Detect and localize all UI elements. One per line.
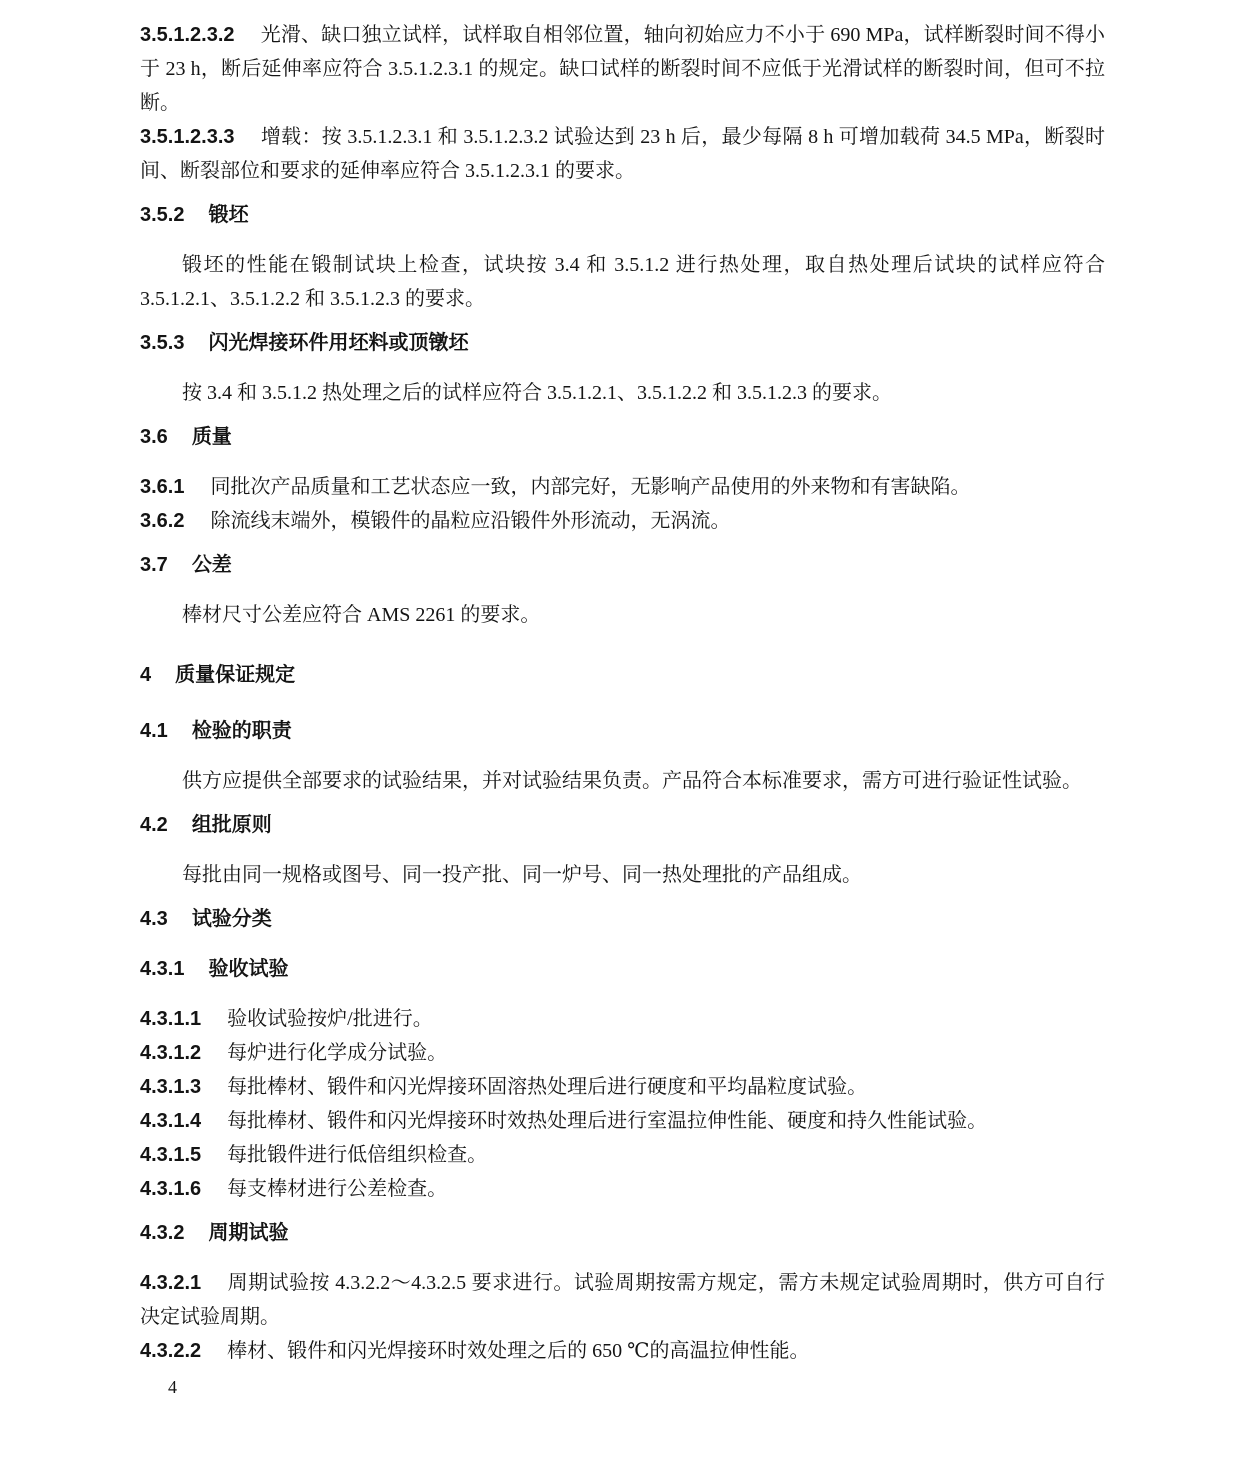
- clause-number: 4.3.1.1: [140, 1008, 201, 1030]
- heading-title: 检验的职责: [192, 720, 292, 742]
- heading-title: 周期试验: [208, 1222, 288, 1244]
- heading-title: 质量: [192, 426, 232, 448]
- heading-number: 4.3.1: [140, 958, 184, 980]
- heading-number: 3.7: [140, 554, 168, 576]
- clause-number: 4.3.1.6: [140, 1178, 201, 1200]
- heading-4: 4质量保证规定: [140, 658, 1105, 692]
- clause-4-3-1-6: 4.3.1.6每支棒材进行公差检查。: [140, 1172, 1105, 1206]
- clause-text: 除流线末端外，模锻件的晶粒应沿锻件外形流动，无涡流。: [210, 510, 730, 532]
- heading-4-3: 4.3试验分类: [140, 902, 1105, 936]
- clause-text: 每炉进行化学成分试验。: [227, 1042, 447, 1064]
- heading-title: 锻坯: [208, 204, 248, 226]
- clause-number: 4.3.1.4: [140, 1110, 201, 1132]
- clause-4-3-1-2: 4.3.1.2每炉进行化学成分试验。: [140, 1036, 1105, 1070]
- clause-text: 每批锻件进行低倍组织检查。: [227, 1144, 487, 1166]
- page-number: 4: [140, 1372, 1105, 1402]
- heading-title: 闪光焊接环件用坯料或顶镦坯: [208, 332, 468, 354]
- heading-number: 4.3.2: [140, 1222, 184, 1244]
- heading-number: 4.1: [140, 720, 168, 742]
- heading-4-3-2: 4.3.2周期试验: [140, 1216, 1105, 1250]
- clause-text: 棒材、锻件和闪光焊接环时效处理之后的 650 ℃的高温拉伸性能。: [227, 1340, 809, 1362]
- heading-4-1: 4.1检验的职责: [140, 714, 1105, 748]
- clause-3-6-1: 3.6.1同批次产品质量和工艺状态应一致，内部完好，无影响产品使用的外来物和有害…: [140, 470, 1105, 504]
- heading-3-5-3: 3.5.3闪光焊接环件用坯料或顶镦坯: [140, 326, 1105, 360]
- heading-title: 试验分类: [192, 908, 272, 930]
- heading-number: 3.6: [140, 426, 168, 448]
- heading-4-2: 4.2组批原则: [140, 808, 1105, 842]
- heading-number: 3.5.3: [140, 332, 184, 354]
- clause-text: 周期试验按 4.3.2.2～4.3.2.5 要求进行。试验周期按需方规定，需方未…: [140, 1272, 1105, 1328]
- paragraph: 供方应提供全部要求的试验结果，并对试验结果负责。产品符合本标准要求，需方可进行验…: [140, 764, 1105, 798]
- clause-4-3-2-1: 4.3.2.1周期试验按 4.3.2.2～4.3.2.5 要求进行。试验周期按需…: [140, 1266, 1105, 1334]
- paragraph: 每批由同一规格或图号、同一投产批、同一炉号、同一热处理批的产品组成。: [140, 858, 1105, 892]
- clause-text: 每批棒材、锻件和闪光焊接环时效热处理后进行室温拉伸性能、硬度和持久性能试验。: [227, 1110, 987, 1132]
- clause-number: 4.3.1.5: [140, 1144, 201, 1166]
- clause-text: 光滑、缺口独立试样，试样取自相邻位置，轴向初始应力不小于 690 MPa，试样断…: [140, 24, 1105, 114]
- document-page: 3.5.1.2.3.2光滑、缺口独立试样，试样取自相邻位置，轴向初始应力不小于 …: [0, 0, 1240, 1459]
- heading-number: 4.2: [140, 814, 168, 836]
- heading-number: 3.5.2: [140, 204, 184, 226]
- heading-3-7: 3.7公差: [140, 548, 1105, 582]
- heading-title: 公差: [192, 554, 232, 576]
- clause-number: 3.5.1.2.3.2: [140, 24, 235, 46]
- clause-number: 4.3.1.2: [140, 1042, 201, 1064]
- clause-text: 增载：按 3.5.1.2.3.1 和 3.5.1.2.3.2 试验达到 23 h…: [140, 126, 1105, 182]
- clause-text: 每批棒材、锻件和闪光焊接环固溶热处理后进行硬度和平均晶粒度试验。: [227, 1076, 867, 1098]
- heading-number: 4: [140, 664, 151, 686]
- clause-3-6-2: 3.6.2除流线末端外，模锻件的晶粒应沿锻件外形流动，无涡流。: [140, 504, 1105, 538]
- clause-3-5-1-2-3-3: 3.5.1.2.3.3增载：按 3.5.1.2.3.1 和 3.5.1.2.3.…: [140, 120, 1105, 188]
- clause-4-3-1-4: 4.3.1.4每批棒材、锻件和闪光焊接环时效热处理后进行室温拉伸性能、硬度和持久…: [140, 1104, 1105, 1138]
- clause-4-3-2-2: 4.3.2.2棒材、锻件和闪光焊接环时效处理之后的 650 ℃的高温拉伸性能。: [140, 1334, 1105, 1368]
- paragraph: 锻坯的性能在锻制试块上检查，试块按 3.4 和 3.5.1.2 进行热处理，取自…: [140, 248, 1105, 316]
- paragraph: 棒材尺寸公差应符合 AMS 2261 的要求。: [140, 598, 1105, 632]
- heading-title: 组批原则: [192, 814, 272, 836]
- heading-3-6: 3.6质量: [140, 420, 1105, 454]
- clause-4-3-1-3: 4.3.1.3每批棒材、锻件和闪光焊接环固溶热处理后进行硬度和平均晶粒度试验。: [140, 1070, 1105, 1104]
- heading-title: 验收试验: [208, 958, 288, 980]
- clause-text: 验收试验按炉/批进行。: [227, 1008, 433, 1030]
- heading-3-5-2: 3.5.2锻坯: [140, 198, 1105, 232]
- clause-text: 每支棒材进行公差检查。: [227, 1178, 447, 1200]
- clause-number: 3.6.2: [140, 510, 184, 532]
- clause-number: 4.3.2.1: [140, 1272, 201, 1294]
- clause-4-3-1-1: 4.3.1.1验收试验按炉/批进行。: [140, 1002, 1105, 1036]
- heading-title: 质量保证规定: [175, 664, 295, 686]
- clause-number: 4.3.1.3: [140, 1076, 201, 1098]
- clause-number: 3.5.1.2.3.3: [140, 126, 235, 148]
- clause-number: 3.6.1: [140, 476, 184, 498]
- paragraph: 按 3.4 和 3.5.1.2 热处理之后的试样应符合 3.5.1.2.1、3.…: [140, 376, 1105, 410]
- clause-4-3-1-5: 4.3.1.5每批锻件进行低倍组织检查。: [140, 1138, 1105, 1172]
- heading-number: 4.3: [140, 908, 168, 930]
- heading-4-3-1: 4.3.1验收试验: [140, 952, 1105, 986]
- clause-number: 4.3.2.2: [140, 1340, 201, 1362]
- clause-3-5-1-2-3-2: 3.5.1.2.3.2光滑、缺口独立试样，试样取自相邻位置，轴向初始应力不小于 …: [140, 18, 1105, 120]
- clause-text: 同批次产品质量和工艺状态应一致，内部完好，无影响产品使用的外来物和有害缺陷。: [210, 476, 970, 498]
